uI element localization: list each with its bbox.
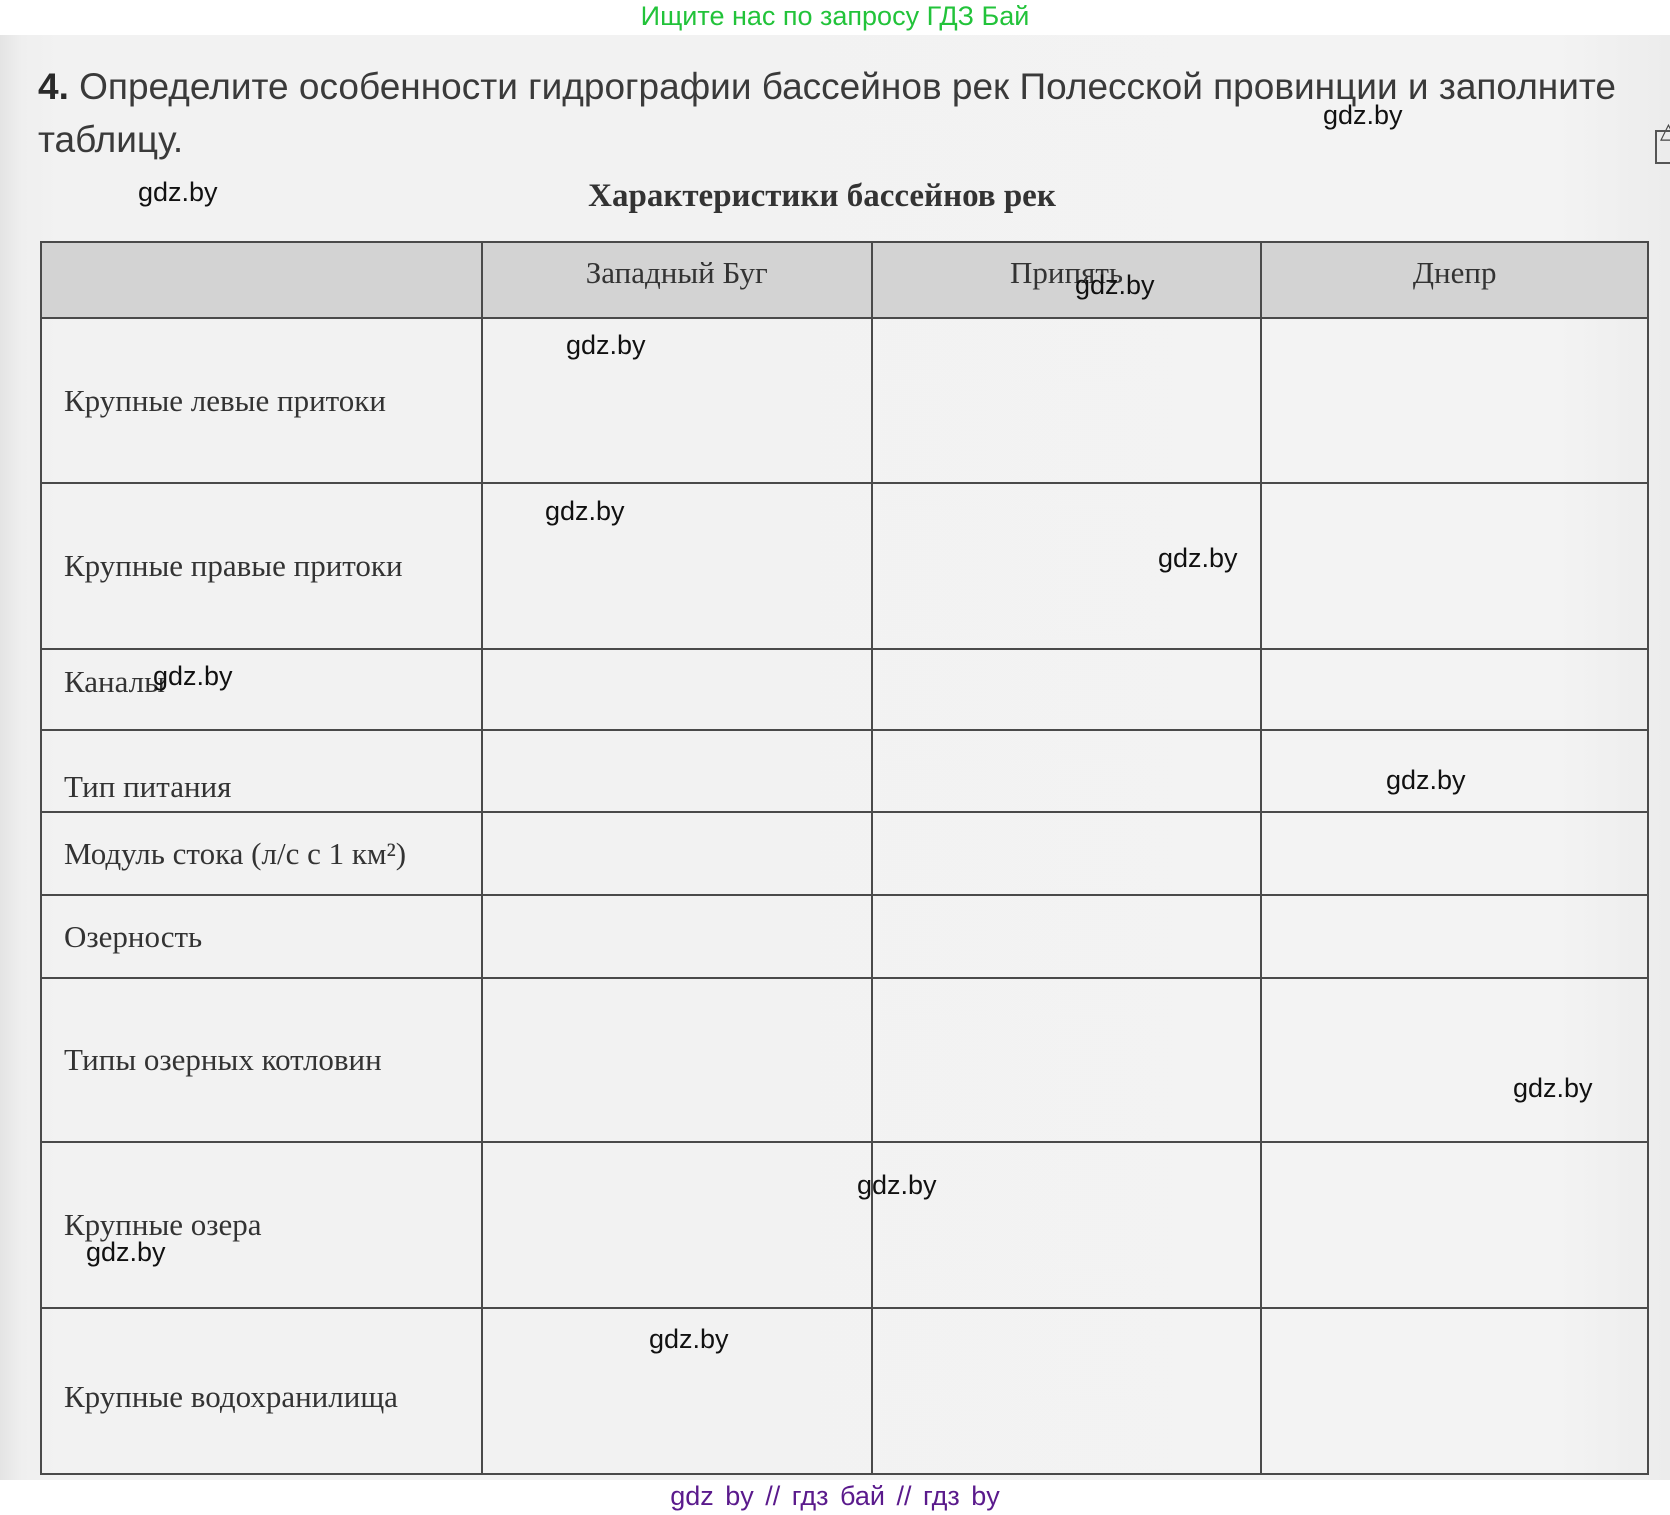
answer-cell[interactable] [482, 978, 872, 1142]
table-row: Каналы [41, 649, 1648, 730]
answer-cell[interactable] [872, 895, 1262, 978]
table-row: Крупные водохранилища [41, 1308, 1648, 1474]
gdz-watermark: gdz.by [153, 661, 233, 692]
answer-cell[interactable] [872, 730, 1262, 812]
table-row: Озерность [41, 895, 1648, 978]
row-label: Крупные левые притоки [41, 318, 482, 483]
table-row: Крупные озера [41, 1142, 1648, 1308]
answer-cell[interactable] [482, 318, 872, 483]
task-heading: 4. Определите особенности гидрографии ба… [38, 60, 1658, 166]
answer-cell[interactable] [482, 649, 872, 730]
gdz-watermark: gdz.by [1075, 270, 1155, 301]
gdz-watermark: gdz.by [1386, 765, 1466, 796]
row-label: Типы озерных котловин [41, 978, 482, 1142]
answer-cell[interactable] [1261, 483, 1648, 649]
answer-cell[interactable] [1261, 318, 1648, 483]
bottom-watermark-banner: gdz by // гдз бай // гдз by [0, 1480, 1670, 1515]
river-basins-table: Западный Буг Припять Днепр Крупные левые… [40, 241, 1649, 1475]
answer-cell[interactable] [482, 730, 872, 812]
gdz-watermark: gdz.by [1158, 543, 1238, 574]
gdz-watermark: gdz.by [857, 1170, 937, 1201]
answer-cell[interactable] [482, 1142, 872, 1308]
answer-cell[interactable] [482, 812, 872, 895]
answer-cell[interactable] [1261, 1308, 1648, 1474]
answer-cell[interactable] [872, 649, 1262, 730]
table-header-row: Западный Буг Припять Днепр [41, 242, 1648, 318]
gdz-watermark: gdz.by [545, 496, 625, 527]
answer-cell[interactable] [482, 895, 872, 978]
header-pripyat: Припять [872, 242, 1262, 318]
answer-cell[interactable] [872, 978, 1262, 1142]
answer-cell[interactable] [482, 483, 872, 649]
top-watermark-banner: Ищите нас по запросу ГДЗ Бай [0, 0, 1670, 35]
row-label: Крупные озера [41, 1142, 482, 1308]
answer-cell[interactable] [872, 318, 1262, 483]
answer-cell[interactable] [1261, 649, 1648, 730]
header-western-bug: Западный Буг [482, 242, 872, 318]
answer-cell[interactable] [1261, 978, 1648, 1142]
answer-cell[interactable] [872, 812, 1262, 895]
table-row: Модуль стока (л/с с 1 км²) [41, 812, 1648, 895]
gdz-watermark: gdz.by [1513, 1073, 1593, 1104]
row-label: Каналы [41, 649, 482, 730]
gdz-watermark: gdz.by [138, 177, 218, 208]
answer-cell[interactable] [1261, 812, 1648, 895]
answer-cell[interactable] [872, 1308, 1262, 1474]
header-dnieper: Днепр [1261, 242, 1648, 318]
gdz-watermark: gdz.by [566, 330, 646, 361]
task-number: 4. [38, 66, 69, 107]
table-row: Крупные правые притоки [41, 483, 1648, 649]
answer-cell[interactable] [1261, 895, 1648, 978]
row-label: Крупные водохранилища [41, 1308, 482, 1474]
answer-cell[interactable] [872, 1142, 1262, 1308]
page-edge-bracket [1655, 130, 1670, 164]
table-row: Типы озерных котловин [41, 978, 1648, 1142]
row-label: Модуль стока (л/с с 1 км²) [41, 812, 482, 895]
gdz-watermark: gdz.by [649, 1324, 729, 1355]
row-label: Тип питания [41, 730, 482, 812]
row-label: Крупные правые притоки [41, 483, 482, 649]
gdz-watermark: gdz.by [86, 1237, 166, 1268]
header-corner [41, 242, 482, 318]
row-label: Озерность [41, 895, 482, 978]
table-caption: Характеристики бассейнов рек [0, 178, 1670, 215]
gdz-watermark: gdz.by [1323, 100, 1403, 131]
table-row: Крупные левые притоки [41, 318, 1648, 483]
answer-cell[interactable] [1261, 1142, 1648, 1308]
